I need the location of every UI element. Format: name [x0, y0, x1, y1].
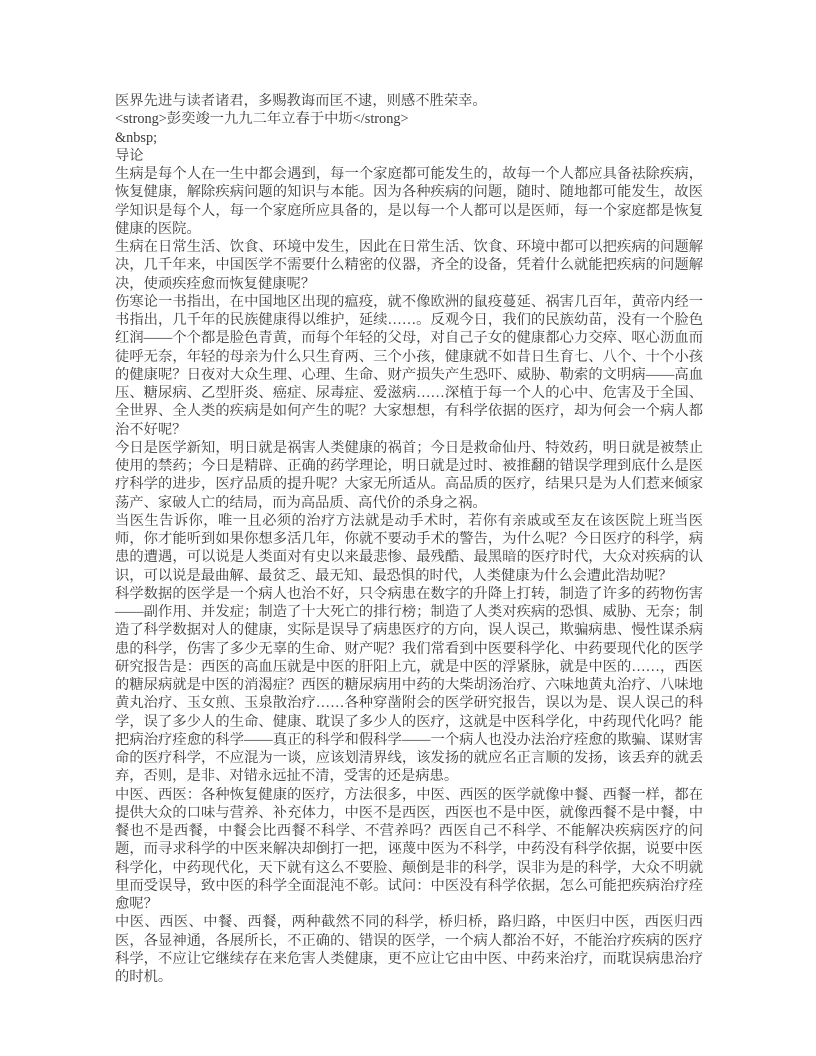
preface-closing-line: 医界先进与读者诸君，多赐教诲而匡不逮，则感不胜荣幸。 [115, 92, 703, 110]
document-page: 医界先进与读者诸君，多赐教诲而匡不逮，则感不胜荣幸。 <strong>彭奕竣一九… [0, 0, 816, 1056]
document-content: 医界先进与读者诸君，多赐教诲而匡不逮，则感不胜荣幸。 <strong>彭奕竣一九… [115, 92, 703, 986]
body-paragraph-3: 伤寒论一书指出，在中国地区出现的瘟疫，就不像欧洲的鼠疫蔓延、祸害几百年，黄帝内经… [115, 293, 703, 439]
author-signature-line: <strong>彭奕竣一九九二年立春于中坜</strong> [115, 110, 703, 128]
html-entity-line: &nbsp; [115, 129, 703, 147]
body-paragraph-5: 当医生告诉你，唯一且必须的治疗方法就是动手术时，若你有亲戚或至友在该医院上班当医… [115, 512, 703, 585]
body-paragraph-6: 科学数据的医学是一个病人也治不好，只令病患在数字的升降上打转，制造了许多的药物伤… [115, 585, 703, 786]
body-paragraph-8: 中医、西医、中餐、西餐，两种截然不同的科学，桥归桥，路归路，中医归中医，西医归西… [115, 913, 703, 986]
body-paragraph-1: 生病是每个人在一生中都会遇到，每一个家庭都可能发生的，故每一个人都应具备祛除疾病… [115, 165, 703, 238]
body-paragraph-4: 今日是医学新知，明日就是祸害人类健康的祸首；今日是救命仙丹、特效药，明日就是被禁… [115, 439, 703, 512]
body-paragraph-2: 生病在日常生活、饮食、环境中发生，因此在日常生活、饮食、环境中都可以把疾病的问题… [115, 238, 703, 293]
intro-heading: 导论 [115, 147, 703, 165]
body-paragraph-7: 中医、西医：各种恢复健康的医疗，方法很多，中医、西医的医学就像中餐、西餐一样，都… [115, 786, 703, 914]
